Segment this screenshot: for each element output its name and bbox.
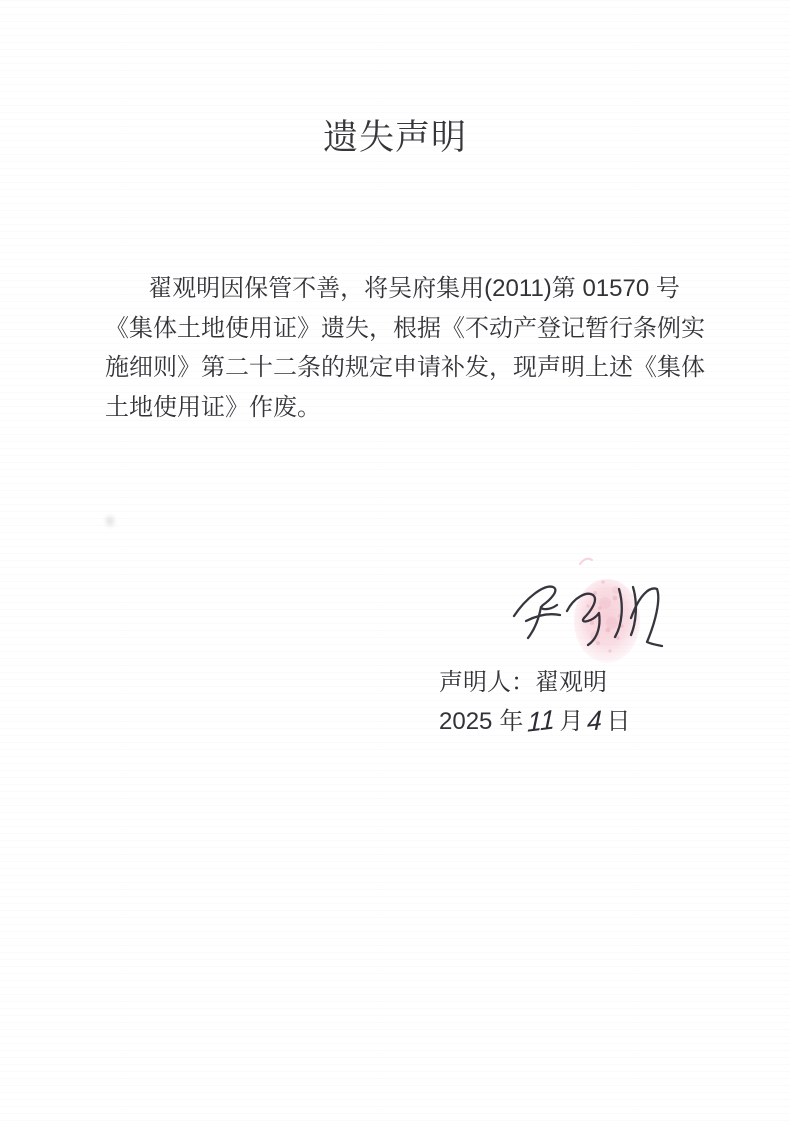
paragraph-line-2: 《集体土地使用证》遗失，根据《不动产登记暂行条例实: [105, 309, 677, 349]
document-title: 遗失声明: [0, 110, 790, 160]
date-line: 2025 年 11 月 4 日: [439, 705, 630, 737]
scan-smudge-artifact: [103, 513, 117, 529]
declaration-paragraph: 翟观明因保管不善，将吴府集用(2011)第 01570 号 《集体土地使用证》遗…: [105, 269, 677, 427]
closing-block: 声明人：翟观明 2025 年 11 月 4 日: [439, 668, 630, 737]
date-day-unit: 日: [606, 707, 630, 737]
paragraph-line-4: 土地使用证》作废。: [105, 388, 677, 428]
paragraph-line-3: 施细则》第二十二条的规定申请补发，现声明上述《集体: [105, 348, 677, 388]
handwritten-signature-with-fingerprint: [500, 548, 680, 668]
scanned-document-page: 遗失声明 翟观明因保管不善，将吴府集用(2011)第 01570 号 《集体土地…: [0, 0, 790, 1124]
date-month-unit: 月: [559, 707, 583, 737]
date-year: 2025: [439, 707, 492, 737]
paragraph-line-1: 翟观明因保管不善，将吴府集用(2011)第 01570 号: [105, 269, 677, 309]
date-year-unit: 年: [499, 707, 523, 737]
declarant-line: 声明人：翟观明: [439, 668, 630, 698]
handwritten-month: 11: [527, 704, 555, 738]
fingerprint-icon: [574, 559, 640, 663]
handwritten-day: 4: [587, 705, 602, 737]
